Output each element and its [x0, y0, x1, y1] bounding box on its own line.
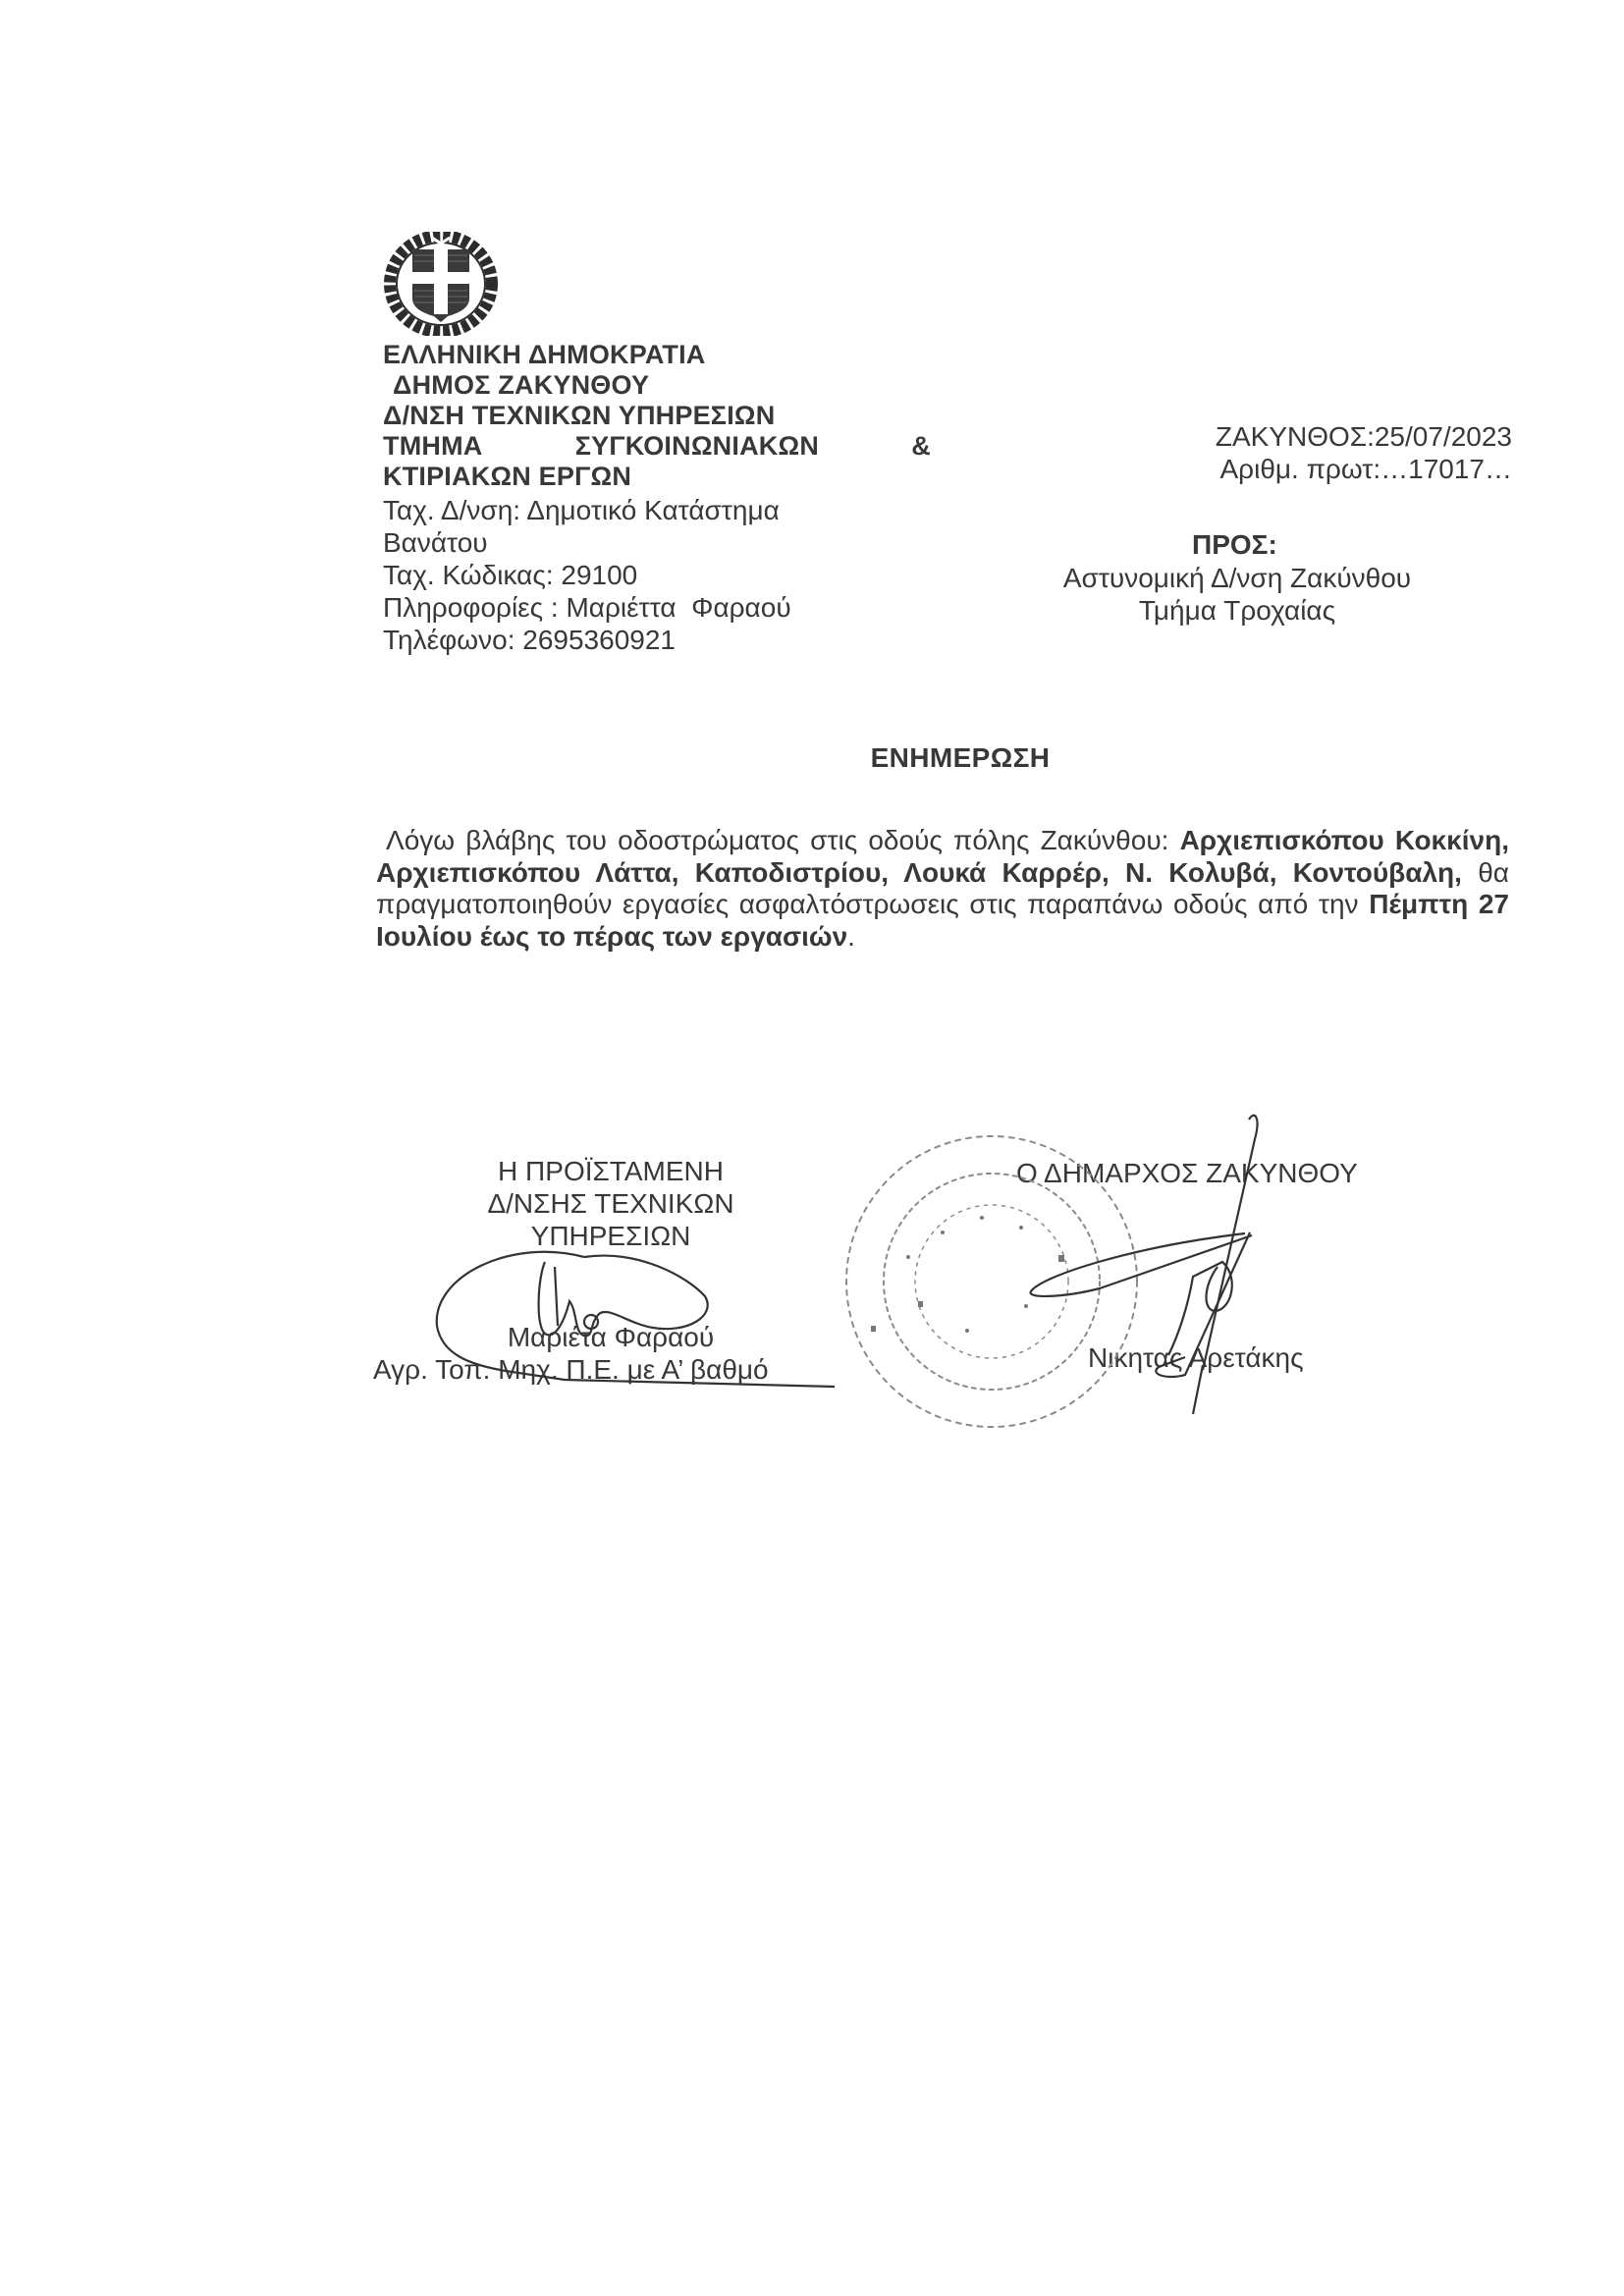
body-end: .: [847, 921, 855, 952]
signatory-name: Μαριέτα Φαραού: [365, 1321, 856, 1353]
recipient-line: Τμήμα Τροχαίας: [1021, 594, 1453, 627]
sender-address: Ταχ. Δ/νση: Δημοτικό Κατάστημα Βανάτου Τ…: [383, 494, 933, 656]
signature-block-head-of-directorate: Η ΠΡΟΪΣΤΑΜΕΝΗ Δ/ΝΣΗΣ ΤΕΧΝΙΚΩΝ ΥΠΗΡΕΣΙΩΝ …: [365, 1155, 856, 1386]
postal-code: Ταχ. Κώδικας: 29100: [383, 559, 933, 591]
department-word-1: ΤΜΗΜΑ: [383, 431, 482, 462]
postal-address: Ταχ. Δ/νση: Δημοτικό Κατάστημα: [383, 494, 933, 526]
country-name: ΕΛΛΗΝΙΚΗ ΔΗΜΟΚΡΑΤΙΑ: [383, 340, 933, 370]
mayor-title: Ο ΔΗΜΑΡΧΟΣ ΖΑΚΥΝΘΟΥ: [1016, 1157, 1358, 1189]
directorate-name: Δ/ΝΣΗ ΤΕΧΝΙΚΩΝ ΥΠΗΡΕΣΙΩΝ: [383, 401, 933, 431]
contact-person: Πληροφορίες : Μαριέττα Φαραού: [383, 591, 933, 624]
phone-number: Τηλέφωνο: 2695360921: [383, 624, 933, 656]
body-paragraph: Λόγω βλάβης του οδοστρώματος στις οδούς …: [376, 825, 1509, 953]
postal-address-cont: Βανάτου: [383, 526, 933, 559]
recipient-line: Αστυνομική Δ/νση Ζακύνθου: [1021, 562, 1453, 594]
protocol-number: Αριθμ. πρωτ:…17017…: [1149, 453, 1512, 485]
sender-block: ΕΛΛΗΝΙΚΗ ΔΗΜΟΚΡΑΤΙΑ ΔΗΜΟΣ ΖΑΚΥΝΘΟΥ Δ/ΝΣΗ…: [383, 340, 933, 656]
greek-coat-of-arms-icon: [383, 232, 499, 336]
department-word-2: ΣΥΓΚΟΙΝΩΝΙΑΚΩΝ: [575, 431, 819, 462]
signatory-rank: Αγρ. Τοπ. Μηχ. Π.Ε. με Α’ βαθμό: [373, 1353, 856, 1386]
mayor-name: Νικητας Αρετάκης: [1088, 1341, 1304, 1374]
date-block: ΖΑΚΥΝΘΟΣ:25/07/2023 Αριθμ. πρωτ:…17017…: [1149, 420, 1512, 485]
signatory-title: ΥΠΗΡΕΣΙΩΝ: [365, 1220, 856, 1252]
body-intro: Λόγω βλάβης του οδοστρώματος στις οδούς …: [386, 825, 1180, 855]
department-name: ΤΜΗΜΑ ΣΥΓΚΟΙΝΩΝΙΑΚΩΝ &: [383, 431, 931, 462]
signatory-title: Η ΠΡΟΪΣΤΑΜΕΝΗ: [365, 1155, 856, 1187]
signatory-title: Δ/ΝΣΗΣ ΤΕΧΝΙΚΩΝ: [365, 1187, 856, 1220]
department-ampersand: &: [911, 431, 931, 462]
recipient-block: ΠΡΟΣ: Αστυνομική Δ/νση Ζακύνθου Τμήμα Τρ…: [1021, 528, 1453, 627]
department-name-line2: ΚΤΙΡΙΑΚΩΝ ΕΡΓΩΝ: [383, 462, 933, 492]
place-date: ΖΑΚΥΝΘΟΣ:25/07/2023: [1149, 420, 1512, 453]
recipient-label: ΠΡΟΣ:: [1180, 528, 1453, 562]
municipality-name: ΔΗΜΟΣ ΖΑΚΥΝΘΟΥ: [383, 370, 933, 401]
document-title: ΕΝΗΜΕΡΩΣΗ: [0, 742, 1624, 774]
